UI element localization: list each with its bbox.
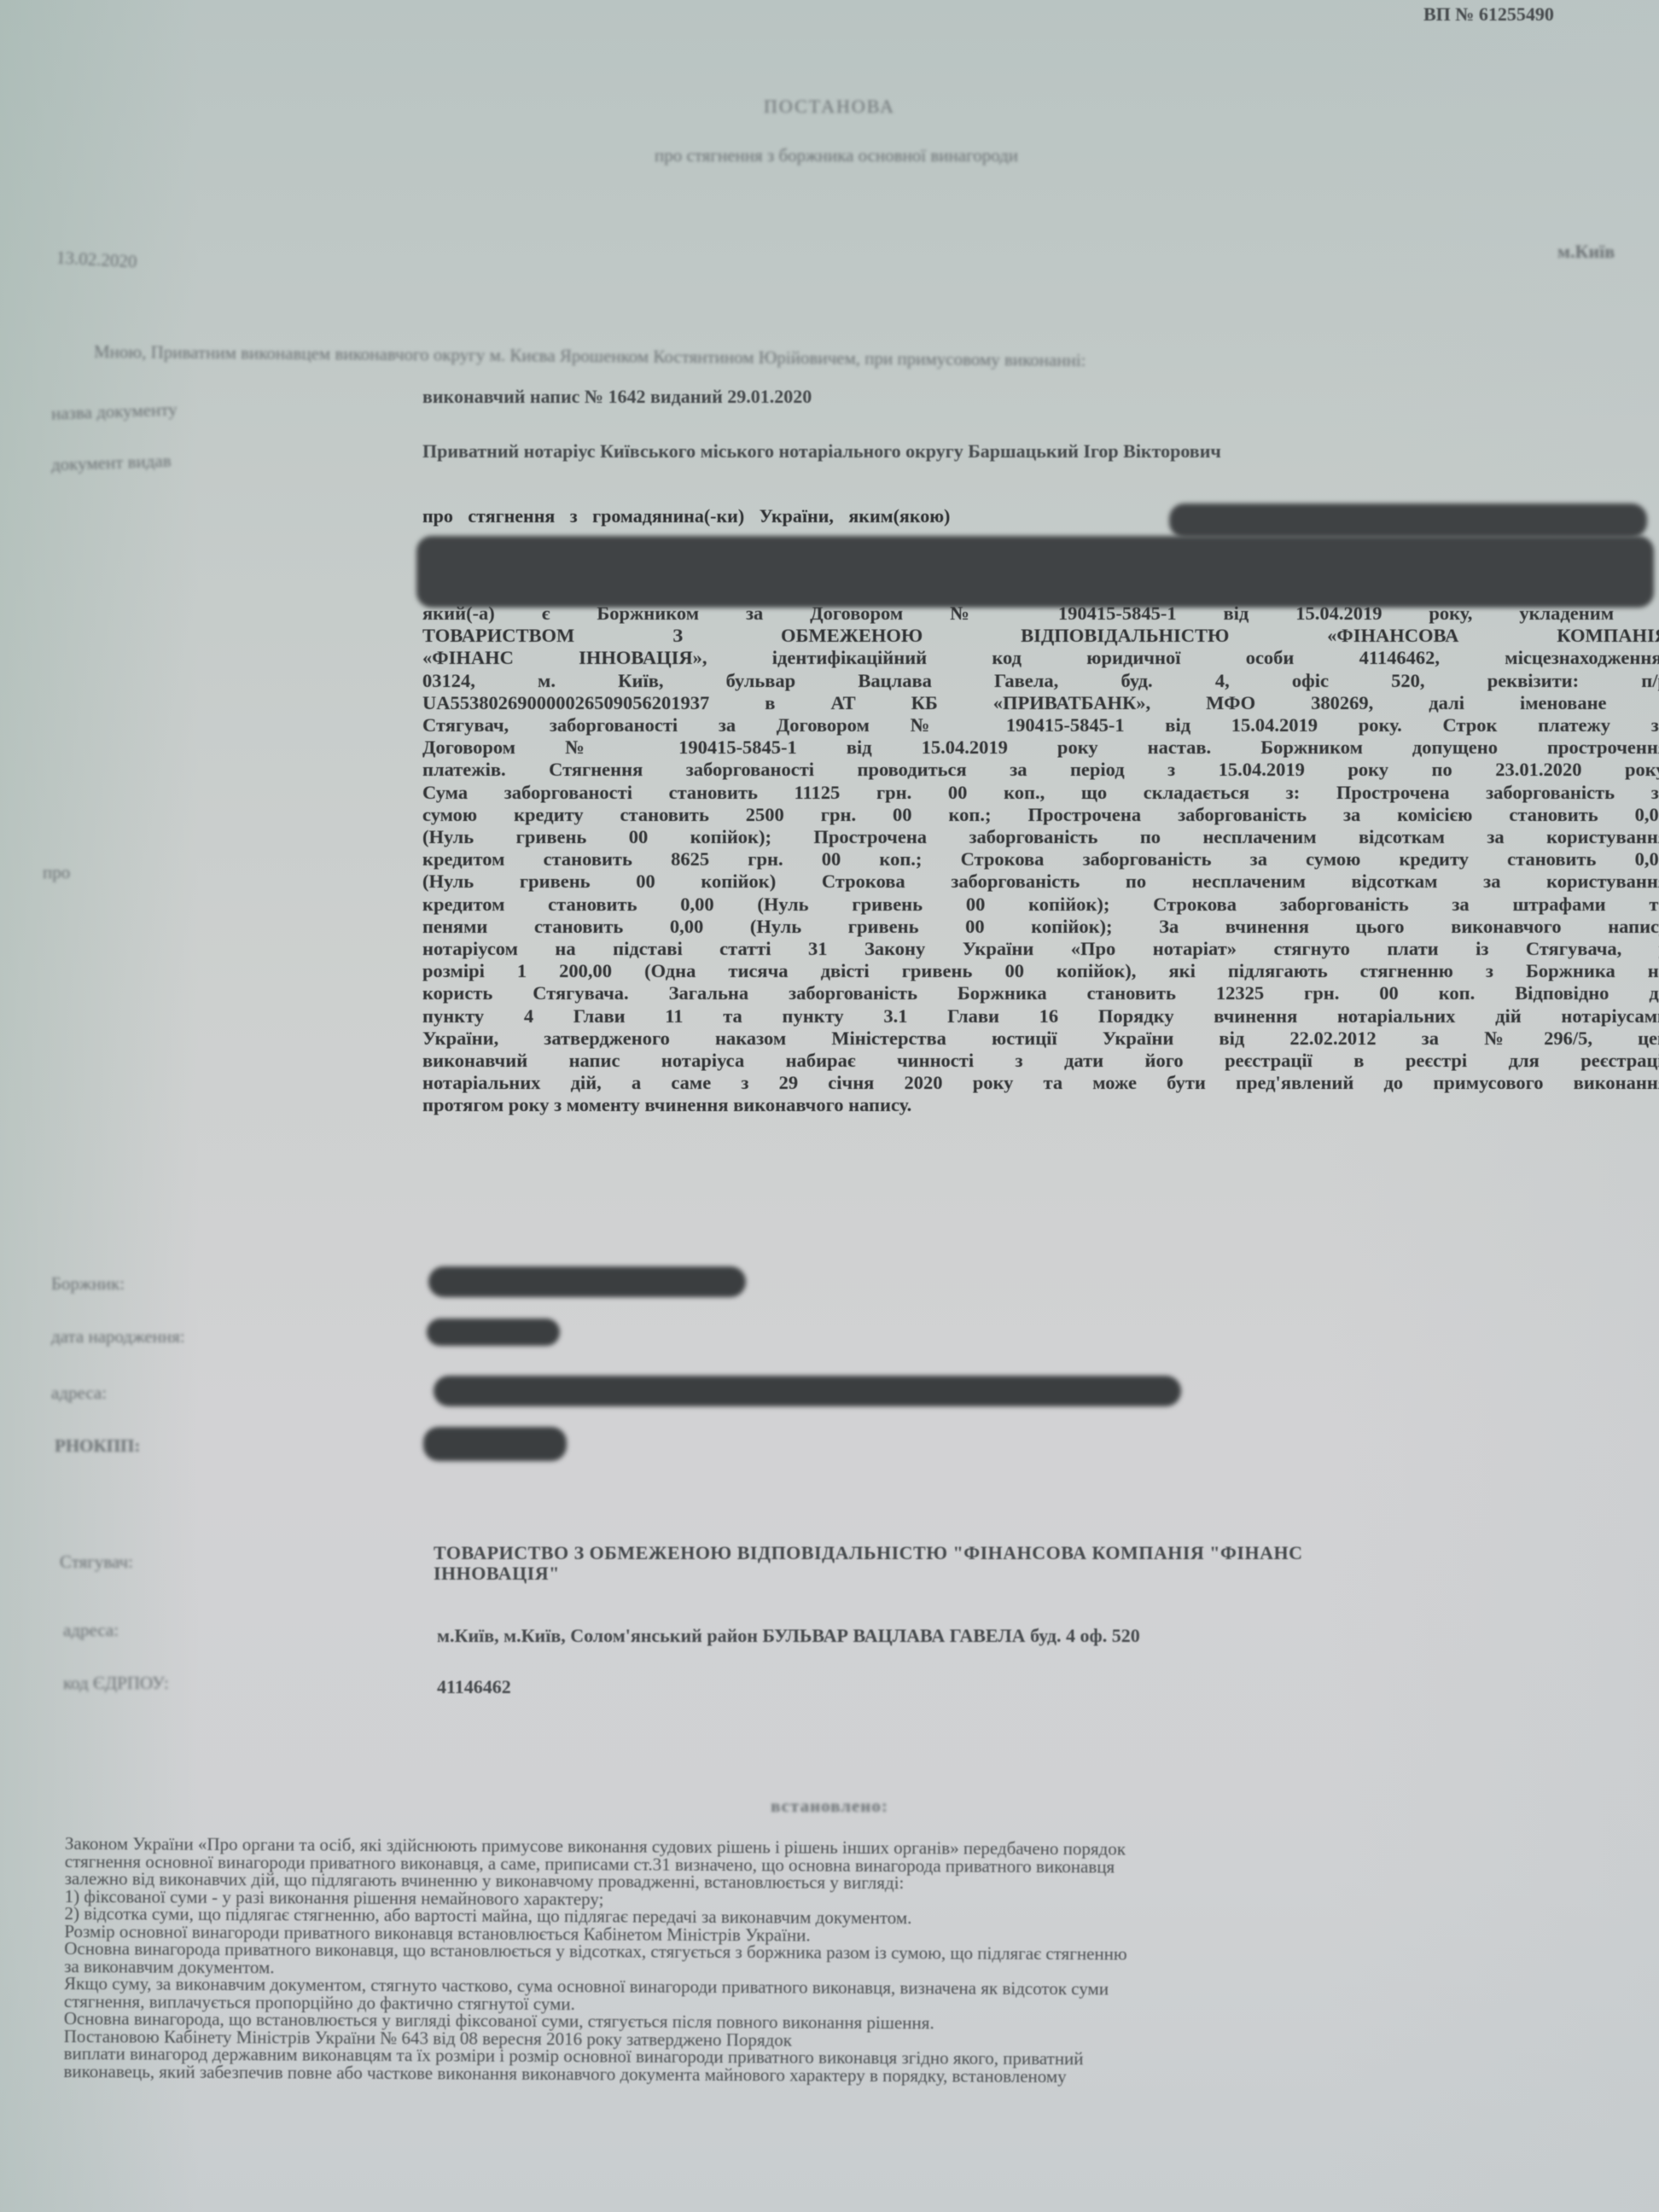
- creditor-name-line: ІННОВАЦІЯ": [434, 1563, 1302, 1584]
- debtor-address-label: адреса:: [51, 1382, 107, 1404]
- creditor-label: Стягувач:: [60, 1551, 133, 1573]
- debtor-name-label: Боржник:: [51, 1273, 125, 1295]
- document-title: ПОСТАНОВА: [0, 96, 1659, 118]
- doc-name-value: виконавчий напис № 1642 виданий 29.01.20…: [422, 386, 812, 408]
- body-line: пункту 4 Глави 11 та пункту 3.1 Глави 16…: [422, 1005, 1659, 1027]
- debtor-rnokpp-label: РНОКПП:: [55, 1435, 140, 1457]
- body-line: сумою кредиту становить 2500 грн. 00 коп…: [422, 804, 1659, 826]
- body-line: ТОВАРИСТВОМ З ОБМЕЖЕНОЮ ВІДПОВІДАЛЬНІСТЮ…: [422, 625, 1659, 647]
- body-line: нотаріальних дій, а саме з 29 січня 2020…: [422, 1072, 1659, 1094]
- body-line: «ФІНАНС ІННОВАЦІЯ», ідентифікаційний код…: [422, 647, 1659, 669]
- doc-name-label: назва документу: [51, 399, 178, 424]
- body-line: (Нуль гривень 00 копійок) Строкова забор…: [422, 870, 1659, 893]
- body-line: нотаріусом на підставі статті 31 Закону …: [422, 938, 1659, 960]
- body-line: Стягувач, заборгованості за Договором № …: [422, 714, 1659, 736]
- body-line: користь Стягувача. Загальна заборгованіс…: [422, 982, 1659, 1004]
- creditor-name: ТОВАРИСТВО З ОБМЕЖЕНОЮ ВІДПОВІДАЛЬНІСТЮ …: [434, 1543, 1302, 1584]
- body-line: кредитом становить 8625 грн. 00 коп.; Ст…: [422, 848, 1659, 870]
- creditor-address-label: адреса:: [63, 1620, 119, 1641]
- redaction-block: [434, 1376, 1181, 1406]
- doc-issued-value: Приватний нотаріус Київського міського н…: [422, 440, 1221, 463]
- body-line: (Нуль гривень 00 копійок); Прострочена з…: [422, 826, 1659, 848]
- document-subtitle: про стягнення з боржника основної винаго…: [0, 145, 1659, 166]
- established-heading: встановлено:: [0, 1796, 1659, 1817]
- about-heading: про стягнення з громадянина(-ки) України…: [422, 505, 950, 527]
- body-line: виконавчий напис нотаріуса набирає чинно…: [422, 1050, 1659, 1072]
- established-body: Законом України «Про органи та осіб, які…: [63, 1835, 1651, 2088]
- redaction-block: [423, 1427, 567, 1461]
- creditor-edrpou-label: код ЄДРПОУ:: [63, 1673, 169, 1694]
- creditor-name-line: ТОВАРИСТВО З ОБМЕЖЕНОЮ ВІДПОВІДАЛЬНІСТЮ …: [434, 1543, 1302, 1563]
- body-line: UA553802690000026509056201937 в АТ КБ «П…: [422, 692, 1659, 714]
- creditor-edrpou-value: 41146462: [437, 1676, 511, 1698]
- body-line: Сума заборгованості становить 11125 грн.…: [422, 782, 1659, 804]
- redaction-block: [428, 1266, 746, 1297]
- body-line: який(-а) є Боржником за Договором № 1904…: [422, 602, 1659, 625]
- creditor-address-value: м.Київ, м.Київ, Солом'янський район БУЛЬ…: [437, 1625, 1140, 1647]
- body-line: Договором № 190415-5845-1 від 15.04.2019…: [422, 736, 1659, 759]
- redaction-block: [1169, 504, 1647, 538]
- debtor-dob-label: дата народження:: [51, 1326, 185, 1348]
- document-city: м.Київ: [1557, 241, 1615, 263]
- body-line: 03124, м. Київ, бульвар Вацлава Гавела, …: [422, 670, 1659, 692]
- doc-issued-label: документ видав: [51, 451, 172, 476]
- body-line: платежів. Стягнення заборгованості прово…: [422, 759, 1659, 781]
- intro-paragraph: Мною, Приватним виконавцем виконавчого о…: [94, 341, 1086, 371]
- body-line: пенями становить 0,00 (Нуль гривень 00 к…: [422, 916, 1659, 938]
- about-label: про: [43, 862, 70, 883]
- body-line: України, затвердженого наказом Міністерс…: [422, 1027, 1659, 1050]
- redaction-block: [427, 1318, 560, 1346]
- body-line: кредитом становить 0,00 (Нуль гривень 00…: [422, 894, 1659, 916]
- about-body: який(-а) є Боржником за Договором № 1904…: [422, 602, 1659, 1117]
- document-date: 13.02.2020: [55, 247, 137, 273]
- redaction-block: [416, 536, 1654, 608]
- document-number: ВП № 61255490: [1423, 3, 1554, 26]
- body-line: протягом року з моменту вчинення виконав…: [422, 1094, 1659, 1116]
- body-line: розмірі 1 200,00 (Одна тисяча двісті гри…: [422, 960, 1659, 982]
